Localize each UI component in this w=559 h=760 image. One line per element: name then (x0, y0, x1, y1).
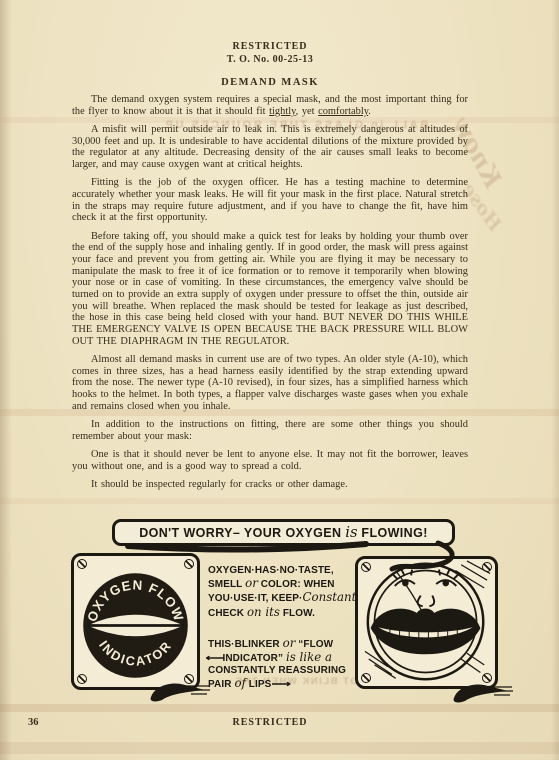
caption-line: OXYGEN·HAS·NO·TASTE, (208, 565, 358, 577)
page-header: RESTRICTED T. O. No. 00-25-13 (72, 40, 468, 66)
restricted-marking-top: RESTRICTED (72, 40, 468, 53)
paragraph: Fitting is the job of the oxygen officer… (72, 177, 468, 224)
page-number: 36 (28, 717, 39, 728)
illustration-caption: OXYGEN·HAS·NO·TASTE, SMELL or COLOR: WHE… (208, 565, 358, 692)
screw-icon (361, 673, 371, 683)
caption-line: ⟵INDICATOR” is like a (208, 651, 358, 665)
screw-icon (361, 562, 371, 572)
lips-face-panel (355, 556, 498, 689)
document-page: BALL in GLASS TUBE BOUNCES UP Know Hose … (0, 0, 559, 760)
scan-band (0, 742, 559, 754)
caption-line: SMELL or COLOR: WHEN (208, 577, 358, 591)
paragraph: Almost all demand masks in current use a… (72, 354, 468, 413)
caption-line: THIS·BLINKER or “FLOW (208, 637, 358, 651)
body-text-column: The demand oxygen system requires a spec… (72, 94, 468, 497)
technical-order-number: T. O. No. 00-25-13 (72, 53, 468, 66)
paragraph: The demand oxygen system requires a spec… (72, 94, 468, 117)
paragraph: In addition to the instructions on fitti… (72, 419, 468, 442)
indicator-panel: OXYGEN FLOW INDICATOR (71, 553, 200, 690)
lips-face-icon (358, 559, 495, 686)
speech-bubble: DON'T WORRY– YOUR OXYGEN is FLOWING! (112, 519, 455, 546)
caption-line: YOU·USE·IT, KEEP·Constant (208, 591, 358, 605)
oxygen-flow-illustration: DON'T WORRY– YOUR OXYGEN is FLOWING! OXY… (0, 518, 559, 723)
screw-icon (184, 559, 194, 569)
caption-line: PAIR of LIPS ⟶ (208, 677, 358, 691)
caption-line: CHECK on its FLOW. (208, 606, 358, 620)
screw-icon (77, 674, 87, 684)
page-title: DEMAND MASK (72, 77, 468, 88)
smudge-shadow-icon (147, 681, 211, 703)
caption-line: CONSTANTLY REASSURING (208, 665, 358, 677)
scan-band (0, 498, 559, 504)
paragraph: It should be inspected regularly for cra… (72, 479, 468, 491)
screw-icon (77, 559, 87, 569)
paragraph: One is that it should never be lent to a… (72, 449, 468, 472)
paragraph: Before taking off, you should make a qui… (72, 231, 468, 348)
restricted-marking-bottom: RESTRICTED (72, 717, 468, 728)
smudge-shadow-icon (450, 682, 514, 704)
oxygen-flow-indicator-icon: OXYGEN FLOW INDICATOR (74, 560, 197, 691)
paragraph: A misfit will permit outside air to leak… (72, 124, 468, 171)
screw-icon (482, 562, 492, 572)
